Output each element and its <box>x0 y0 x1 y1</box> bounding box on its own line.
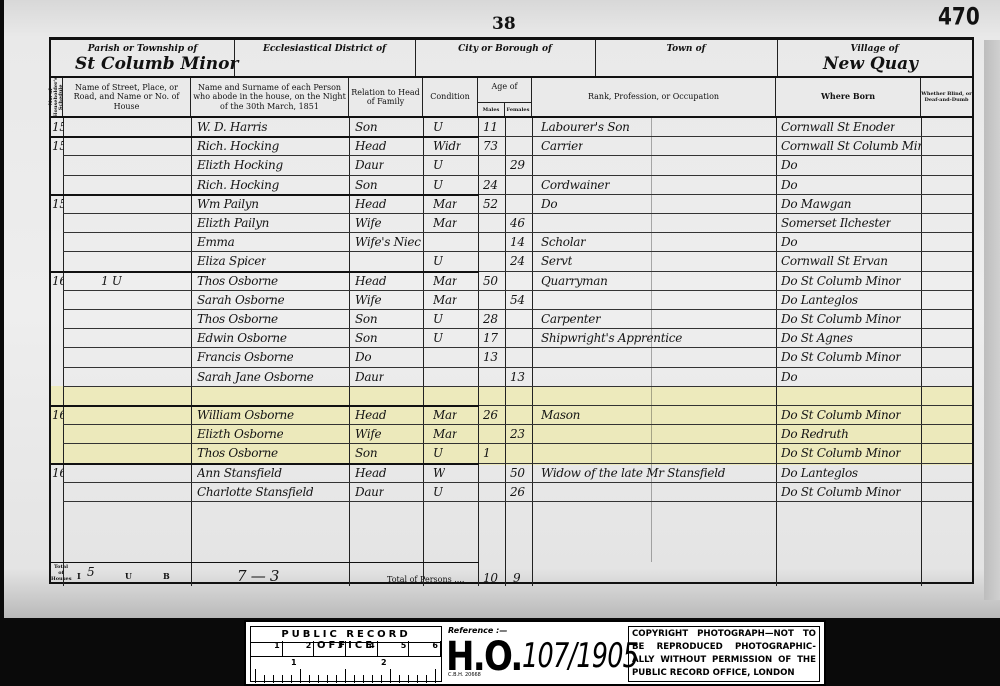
where-born-cell: Do St Columb Minor <box>781 311 901 327</box>
occupation-cell: Quarryman <box>541 273 608 289</box>
schedule-number: 157 <box>52 119 64 135</box>
row-rule <box>63 232 972 233</box>
occupation-cell: Cordwainer <box>541 177 610 193</box>
total-females: 9 <box>513 570 520 586</box>
scale-tick <box>264 675 265 683</box>
household-separator <box>51 194 479 196</box>
table-row: Francis OsborneDo13Do St Columb Minor <box>51 349 972 368</box>
row-rule <box>63 367 972 368</box>
where-born-cell: Do Lanteglos <box>781 465 858 481</box>
where-born-cell: Do St Columb Minor <box>781 445 901 461</box>
record-office-stamp: PUBLIC RECORD OFFICE 123456 12 Reference… <box>244 620 826 686</box>
person-name: Charlotte Stansfield <box>197 484 313 500</box>
scale-tick <box>363 675 364 683</box>
table-row: Elizth PailynWifeMar46Somerset Ilchester <box>51 215 972 234</box>
town-label: Town of <box>595 44 777 54</box>
scale-mark: 2 <box>283 641 315 656</box>
scale-tick <box>309 675 310 683</box>
table-row: Elizth OsborneWifeMar23Do Redruth <box>51 426 972 445</box>
table-row <box>51 388 972 407</box>
town-cell: Town of <box>595 40 778 76</box>
row-rule <box>63 175 972 176</box>
where-born-cell: Cornwall St Enoder <box>781 119 895 135</box>
where-born-cell: Do <box>781 177 797 193</box>
inhabited-value: 5 <box>87 564 94 580</box>
condition-cell: U <box>433 311 443 327</box>
copyright-notice: COPYRIGHT PHOTOGRAPH—NOT TO BE REPRODUCE… <box>628 626 820 682</box>
occupation-cell: Do <box>541 196 557 212</box>
table-row: Thos OsborneSonU1Do St Columb Minor <box>51 445 972 464</box>
where-born-cell: Do St Agnes <box>781 330 853 346</box>
person-name: Wm Pailyn <box>197 196 259 212</box>
row-rule <box>63 482 972 483</box>
ecclesiastical-cell: Ecclesiastical District of <box>234 40 416 76</box>
row-rule <box>63 155 972 156</box>
female-age: 26 <box>510 484 525 500</box>
table-row: Sarah OsborneWifeMar54Do Lanteglos <box>51 292 972 311</box>
row-rule <box>63 309 972 310</box>
condition-cell: U <box>433 119 443 135</box>
person-name: Rich. Hocking <box>197 138 279 154</box>
col-name-header: Name and Surname of each Person who abod… <box>191 78 349 116</box>
col-blind-header: Whether Blind, or Deaf-and-Dumb <box>921 78 972 116</box>
scale-mark: 6 <box>409 641 441 656</box>
where-born-cell: Cornwall St Ervan <box>781 253 888 269</box>
relation-cell: Head <box>355 407 386 423</box>
col-condition-header: Condition <box>423 78 478 116</box>
male-age: 50 <box>483 273 498 289</box>
condition-cell: Mar <box>433 215 457 231</box>
where-born-cell: Somerset Ilchester <box>781 215 891 231</box>
street-cell: 1 U <box>101 273 122 289</box>
male-age: 11 <box>483 119 498 135</box>
header-divider <box>51 116 972 118</box>
table-row: 158Rich. HockingHeadWidr73CarrierCornwal… <box>51 138 972 157</box>
female-age: 13 <box>510 369 525 385</box>
male-age: 73 <box>483 138 498 154</box>
relation-cell: Wife <box>355 215 381 231</box>
schedule-number: 162 <box>52 465 64 481</box>
table-row: Charlotte StansfieldDaurU26Do St Columb … <box>51 484 972 503</box>
person-name: William Osborne <box>197 407 294 423</box>
totals-divider <box>51 562 479 563</box>
inhabited-label: I <box>77 571 81 581</box>
row-rule <box>63 501 972 502</box>
schedule-number: 160 <box>52 273 64 289</box>
table-row: 1601 UThos OsborneHeadMar50QuarrymanDo S… <box>51 273 972 292</box>
page-number: 38 <box>492 14 516 34</box>
census-page: 38 470 Parish or Township of St Columb M… <box>4 0 1000 618</box>
person-name: Thos Osborne <box>197 445 278 461</box>
person-name: Elizth Hocking <box>197 157 283 173</box>
relation-cell: Son <box>355 445 377 461</box>
female-age: 14 <box>510 234 525 250</box>
household-separator <box>51 463 479 465</box>
relation-cell: Head <box>355 196 386 212</box>
where-born-cell: Do <box>781 157 797 173</box>
scale-tick <box>372 675 373 683</box>
condition-cell: Widr <box>433 138 461 154</box>
where-born-cell: Do <box>781 369 797 385</box>
table-row: Eliza SpicerU24ServtCornwall St Ervan <box>51 253 972 272</box>
female-age: 46 <box>510 215 525 231</box>
scale-tick <box>381 675 382 683</box>
scale-tick <box>399 675 400 683</box>
ecclesiastical-label: Ecclesiastical District of <box>234 44 415 54</box>
male-age: 17 <box>483 330 498 346</box>
occupation-cell: Labourer's Son <box>541 119 630 135</box>
village-cell: Village of New Quay <box>777 40 972 76</box>
scale-ticks: 12 <box>251 657 441 683</box>
person-name: Thos Osborne <box>197 311 278 327</box>
where-born-cell: Do St Columb Minor <box>781 273 901 289</box>
where-born-cell: Do <box>781 234 797 250</box>
occupation-cell: Mason <box>541 407 580 423</box>
col-males-header: Males <box>478 102 505 116</box>
location-header: Parish or Township of St Columb Minor Ec… <box>51 40 972 78</box>
col-street-header: Name of Street, Place, or Road, and Name… <box>63 78 191 116</box>
scale-tick <box>282 675 283 683</box>
scale-tick <box>273 675 274 683</box>
row-rule <box>63 386 972 387</box>
person-name: Sarah Jane Osborne <box>197 369 314 385</box>
schedule-number: 159 <box>52 196 64 212</box>
row-rule <box>63 347 972 348</box>
female-age: 50 <box>510 465 525 481</box>
tally-marks: 7 — 3 <box>237 568 279 584</box>
condition-cell: Mar <box>433 292 457 308</box>
census-table: Parish or Township of St Columb Minor Ec… <box>49 37 974 584</box>
table-row: 161William OsborneHeadMar26MasonDo St Co… <box>51 407 972 426</box>
scale-tick <box>408 675 409 683</box>
household-separator <box>51 271 479 273</box>
where-born-cell: Cornwall St Columb Minor <box>781 138 921 154</box>
scale-tick <box>255 669 256 683</box>
household-separator <box>51 405 479 407</box>
table-row: EmmaWife's Niece14ScholarDo <box>51 234 972 253</box>
condition-cell: U <box>433 445 443 461</box>
person-name: Francis Osborne <box>197 349 293 365</box>
village-value: New Quay <box>823 54 918 74</box>
occupation-cell: Servt <box>541 253 572 269</box>
table-row: Elizth HockingDaurU29Do <box>51 157 972 176</box>
where-born-cell: Do Lanteglos <box>781 292 858 308</box>
relation-cell: Head <box>355 465 386 481</box>
row-rule <box>63 251 972 252</box>
scale-tick <box>417 675 418 683</box>
condition-cell: Mar <box>433 196 457 212</box>
where-born-cell: Do Redruth <box>781 426 849 442</box>
relation-cell: Son <box>355 177 377 193</box>
person-name: Eliza Spicer <box>197 253 266 269</box>
folio-number: 470 <box>938 2 980 31</box>
relation-cell: Do <box>355 349 371 365</box>
occupation-cell: Scholar <box>541 234 586 250</box>
female-age: 29 <box>510 157 525 173</box>
male-age: 28 <box>483 311 498 327</box>
person-name: Emma <box>197 234 234 250</box>
person-name: Thos Osborne <box>197 273 278 289</box>
relation-cell: Son <box>355 119 377 135</box>
scale-tick <box>318 675 319 683</box>
condition-cell: U <box>433 484 443 500</box>
scale-label: 2 <box>381 658 387 667</box>
table-row: Sarah Jane OsborneDaur13Do <box>51 369 972 388</box>
pro-scale-box: PUBLIC RECORD OFFICE 123456 12 <box>250 626 442 682</box>
condition-cell: U <box>433 253 443 269</box>
person-name: W. D. Harris <box>197 119 267 135</box>
female-age: 24 <box>510 253 525 269</box>
city-cell: City or Borough of <box>415 40 596 76</box>
page-edge-shadow <box>984 40 1000 600</box>
scale-tick <box>435 669 436 683</box>
scale-tick <box>354 675 355 683</box>
relation-cell: Son <box>355 330 377 346</box>
parish-value: St Columb Minor <box>75 54 238 74</box>
occupation-cell: Carrier <box>541 138 583 154</box>
reference-box: Reference :— H.O. 107/1905 C.B.H. 20668 <box>446 626 626 682</box>
female-age: 54 <box>510 292 525 308</box>
occupation-cell: Carpenter <box>541 311 601 327</box>
person-name: Elizth Pailyn <box>197 215 269 231</box>
col-relation-header: Relation to Head of Family <box>349 78 423 116</box>
scale-tick <box>300 669 301 683</box>
scale-mark: 3 <box>314 641 346 656</box>
scale-mark: 5 <box>378 641 410 656</box>
col-occupation-header: Rank, Profession, or Occupation <box>532 78 776 116</box>
col-where-born-header: Where Born <box>776 78 921 116</box>
condition-cell: U <box>433 177 443 193</box>
condition-cell: Mar <box>433 407 457 423</box>
reference-number: 107/1905 <box>522 636 638 676</box>
table-row: Edwin OsborneSonU17Shipwright's Apprenti… <box>51 330 972 349</box>
male-age: 1 <box>483 445 490 461</box>
scale-tick <box>291 675 292 683</box>
relation-cell: Wife <box>355 426 381 442</box>
table-row: 162Ann StansfieldHeadW50Widow of the lat… <box>51 465 972 484</box>
city-label: City or Borough of <box>415 44 595 54</box>
person-name: Elizth Osborne <box>197 426 283 442</box>
row-rule <box>63 443 972 444</box>
scale-mark: 4 <box>346 641 378 656</box>
female-age: 23 <box>510 426 525 442</box>
total-males: 10 <box>483 570 498 586</box>
household-separator <box>51 136 479 138</box>
where-born-cell: Do St Columb Minor <box>781 407 901 423</box>
condition-cell: Mar <box>433 273 457 289</box>
male-age: 13 <box>483 349 498 365</box>
table-row: Rich. HockingSonU24CordwainerDo <box>51 177 972 196</box>
scale-label: 1 <box>291 658 297 667</box>
relation-cell: Daur <box>355 157 384 173</box>
scale-tick <box>336 675 337 683</box>
uninhabited-label: U <box>125 571 132 581</box>
scale-tick <box>327 675 328 683</box>
row-rule <box>63 290 972 291</box>
relation-cell: Head <box>355 273 386 289</box>
col-females-header: Females <box>505 102 532 116</box>
relation-cell: Wife's Niece <box>355 234 421 250</box>
condition-cell: Mar <box>433 426 457 442</box>
person-name: Ann Stansfield <box>197 465 282 481</box>
table-row: Thos OsborneSonU28CarpenterDo St Columb … <box>51 311 972 330</box>
col-schedule-header: No. of Householder's Schedule <box>51 78 63 116</box>
where-born-cell: Do Mawgan <box>781 196 851 212</box>
where-born-cell: Do St Columb Minor <box>781 484 901 500</box>
male-age: 26 <box>483 407 498 423</box>
person-name: Sarah Osborne <box>197 292 284 308</box>
total-persons-label: Total of Persons .... <box>387 575 464 584</box>
table-row: 157W. D. HarrisSonU11Labourer's SonCornw… <box>51 119 972 138</box>
row-rule <box>63 213 972 214</box>
village-label: Village of <box>777 44 972 54</box>
scale-mark: 1 <box>251 641 283 656</box>
row-rule <box>63 424 972 425</box>
scale-tick <box>390 669 391 683</box>
person-name: Edwin Osborne <box>197 330 287 346</box>
occupation-cell: Shipwright's Apprentice <box>541 330 682 346</box>
parish-label: Parish or Township of <box>51 44 234 54</box>
male-age: 24 <box>483 177 498 193</box>
condition-cell: U <box>433 330 443 346</box>
scale-tick <box>345 669 346 683</box>
table-row: 159Wm PailynHeadMar52DoDo Mawgan <box>51 196 972 215</box>
schedule-number: 161 <box>52 407 64 423</box>
stamp-code: C.B.H. 20668 <box>448 672 481 678</box>
total-houses-label: Total of Houses <box>51 564 71 582</box>
condition-cell: U <box>433 157 443 173</box>
occupation-cell: Widow of the late Mr Stansfield <box>541 465 725 481</box>
parish-cell: Parish or Township of St Columb Minor <box>51 40 235 76</box>
where-born-cell: Do St Columb Minor <box>781 349 901 365</box>
relation-cell: Head <box>355 138 386 154</box>
relation-cell: Daur <box>355 484 384 500</box>
male-age: 52 <box>483 196 498 212</box>
building-label: B <box>163 571 170 581</box>
scale-ruler: 123456 <box>251 641 441 657</box>
scale-tick <box>426 675 427 683</box>
condition-cell: W <box>433 465 445 481</box>
relation-cell: Daur <box>355 369 384 385</box>
relation-cell: Wife <box>355 292 381 308</box>
schedule-number: 158 <box>52 138 64 154</box>
row-rule <box>63 328 972 329</box>
relation-cell: Son <box>355 311 377 327</box>
person-name: Rich. Hocking <box>197 177 279 193</box>
